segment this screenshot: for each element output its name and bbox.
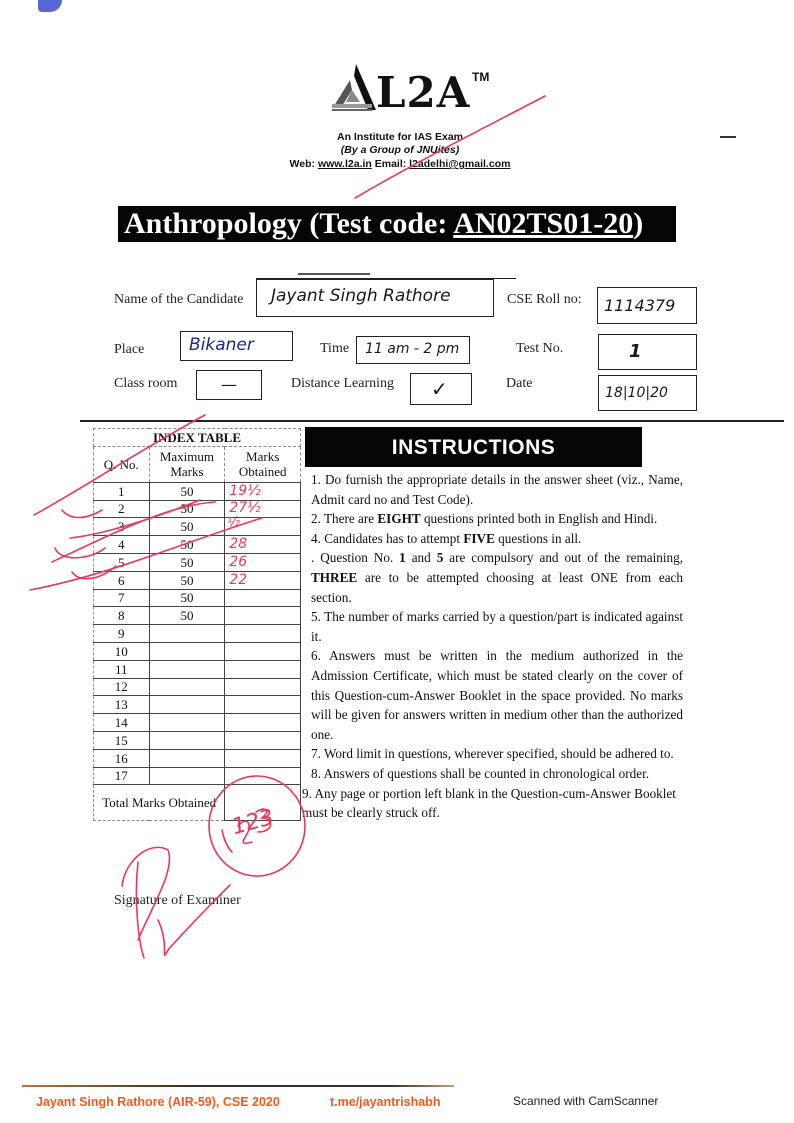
institute-logo: L2A TM: [330, 62, 530, 122]
table-row: 350: [94, 518, 301, 536]
total-marks-label: Total Marks Obtained: [94, 785, 225, 821]
table-row: 16: [94, 749, 301, 767]
marks-obtained[interactable]: [225, 518, 301, 536]
date-field[interactable]: 18|10|20: [598, 375, 697, 411]
max-marks: 50: [149, 571, 225, 589]
name-field[interactable]: Jayant Singh Rathore: [256, 279, 494, 317]
question-number: 7: [94, 589, 150, 607]
max-marks: [149, 625, 225, 643]
website-link[interactable]: www.l2a.in: [318, 158, 372, 170]
instruction-item: 5. The number of marks carried by a ques…: [311, 607, 683, 646]
roll-field[interactable]: 1114379: [597, 287, 697, 324]
footer-rule: [22, 1085, 454, 1087]
question-number: 5: [94, 553, 150, 571]
examiner-signature-label: Signature of Examiner: [114, 893, 241, 909]
name-value: Jayant Singh Rathore: [271, 286, 451, 306]
time-field[interactable]: 11 am - 2 pm: [356, 336, 470, 364]
classroom-value: —: [221, 375, 237, 394]
trademark: TM: [472, 70, 489, 84]
max-marks: 50: [149, 607, 225, 625]
place-value: Bikaner: [189, 335, 254, 355]
question-number: 2: [94, 500, 150, 518]
instructions-list: 1. Do furnish the appropriate details in…: [311, 470, 683, 823]
logo-text: L2A: [376, 68, 470, 117]
test-no-field[interactable]: 1: [598, 334, 697, 370]
instruction-item: 8. Answers of questions shall be counted…: [311, 764, 683, 784]
triangle-logo-icon: [330, 62, 378, 114]
section-divider: [80, 420, 784, 422]
scanner-watermark: Scanned with CamScanner: [513, 1094, 658, 1108]
marks-obtained[interactable]: 26: [225, 553, 301, 571]
max-marks: 50: [149, 553, 225, 571]
web-label: Web:: [290, 158, 315, 170]
marks-obtained[interactable]: 28: [225, 536, 301, 554]
instruction-item: . Question No. 1 and 5 are compulsory an…: [311, 548, 683, 607]
header-qno: Q. No.: [94, 446, 150, 482]
max-marks: [149, 767, 225, 785]
roll-value: 1114379: [604, 296, 675, 315]
date-label: Date: [506, 376, 532, 392]
table-row: 750: [94, 589, 301, 607]
time-label: Time: [320, 341, 349, 357]
max-marks: [149, 678, 225, 696]
decorative-rule: [298, 273, 370, 275]
instruction-item: 6. Answers must be written in the medium…: [311, 646, 683, 744]
instruction-item: 4. Candidates has to attempt FIVE questi…: [311, 529, 683, 549]
classroom-field[interactable]: —: [196, 370, 262, 400]
institute-tagline: An Institute for IAS Exam: [240, 131, 560, 143]
header-marks-obtained: Marks Obtained: [225, 446, 301, 482]
instruction-item: 9. Any page or portion left blank in the…: [302, 784, 683, 823]
question-number: 4: [94, 536, 150, 554]
question-number: 12: [94, 678, 150, 696]
test-code-suffix: ): [633, 207, 643, 240]
table-row: 10: [94, 642, 301, 660]
subject-name: Anthropology: [124, 207, 302, 240]
table-row: 17: [94, 767, 301, 785]
max-marks: 50: [149, 589, 225, 607]
table-row: 11: [94, 660, 301, 678]
max-marks: 50: [149, 482, 225, 500]
table-row: 25027½: [94, 500, 301, 518]
question-number: 6: [94, 571, 150, 589]
max-marks: 50: [149, 536, 225, 554]
table-row: 14: [94, 714, 301, 732]
marks-obtained[interactable]: 22: [225, 571, 301, 589]
marks-obtained[interactable]: [225, 714, 301, 732]
marks-obtained[interactable]: [225, 678, 301, 696]
test-code-prefix: (Test code:: [302, 207, 453, 240]
question-number: 14: [94, 714, 150, 732]
classroom-label: Class room: [114, 376, 177, 392]
instruction-item: 7. Word limit in questions, wherever spe…: [311, 744, 683, 764]
marks-obtained[interactable]: 27½: [225, 500, 301, 518]
date-value: 18|10|20: [605, 385, 668, 401]
max-marks: [149, 642, 225, 660]
place-field[interactable]: Bikaner: [180, 331, 293, 361]
question-number: 11: [94, 660, 150, 678]
table-row: 850: [94, 607, 301, 625]
question-number: 1: [94, 482, 150, 500]
marks-obtained[interactable]: [225, 589, 301, 607]
table-row: 65022: [94, 571, 301, 589]
marks-obtained[interactable]: [225, 696, 301, 714]
max-marks: [149, 731, 225, 749]
email-link[interactable]: l2adelhi@gmail.com: [409, 158, 510, 170]
instructions-heading: INSTRUCTIONS: [305, 427, 642, 467]
instruction-item: 2. There are EIGHT questions printed bot…: [311, 509, 683, 529]
institute-contact: Web: www.l2a.in Email: l2adelhi@gmail.co…: [240, 158, 560, 170]
question-number: 17: [94, 767, 150, 785]
marks-obtained[interactable]: [225, 660, 301, 678]
marks-obtained[interactable]: [225, 749, 301, 767]
question-number: 16: [94, 749, 150, 767]
question-number: 10: [94, 642, 150, 660]
roll-label: CSE Roll no:: [507, 292, 582, 308]
max-marks: [149, 696, 225, 714]
marks-obtained[interactable]: [225, 767, 301, 785]
marks-obtained[interactable]: [225, 625, 301, 643]
index-table-caption: INDEX TABLE: [94, 429, 301, 447]
checkmark-icon: ✓: [431, 377, 448, 401]
scan-ink-blot: [38, 0, 62, 12]
footer-telegram-link[interactable]: t.me/jayantrishabh: [330, 1095, 440, 1109]
table-row: 45028: [94, 536, 301, 554]
header-max-marks: Maximum Marks: [149, 446, 225, 482]
email-label: Email:: [375, 158, 407, 170]
table-row: 15: [94, 731, 301, 749]
distance-learning-label: Distance Learning: [291, 376, 394, 392]
question-number: 9: [94, 625, 150, 643]
table-row: 15019½: [94, 482, 301, 500]
table-row: 9: [94, 625, 301, 643]
test-title: Anthropology (Test code: AN02TS01-20): [118, 206, 676, 242]
max-marks: [149, 714, 225, 732]
question-number: 15: [94, 731, 150, 749]
marks-obtained[interactable]: [225, 642, 301, 660]
max-marks: 50: [149, 518, 225, 536]
test-no-label: Test No.: [516, 341, 563, 357]
marks-obtained[interactable]: [225, 731, 301, 749]
table-row: 13: [94, 696, 301, 714]
question-number: 3: [94, 518, 150, 536]
table-row: 12: [94, 678, 301, 696]
test-no-value: 1: [629, 341, 642, 362]
max-marks: [149, 660, 225, 678]
footer-author: Jayant Singh Rathore (AIR-59), CSE 2020: [36, 1095, 280, 1109]
place-label: Place: [114, 342, 144, 358]
test-code: AN02TS01-20: [453, 207, 633, 240]
question-number: 8: [94, 607, 150, 625]
table-row: 55026: [94, 553, 301, 571]
marks-obtained[interactable]: [225, 607, 301, 625]
question-number: 13: [94, 696, 150, 714]
instruction-item: 1. Do furnish the appropriate details in…: [311, 470, 683, 509]
marks-obtained[interactable]: 19½: [225, 482, 301, 500]
distance-learning-checkbox[interactable]: ✓: [410, 373, 472, 405]
time-value: 11 am - 2 pm: [365, 341, 459, 357]
max-marks: 50: [149, 500, 225, 518]
name-label: Name of the Candidate: [114, 292, 243, 308]
scan-mark: [720, 136, 736, 138]
index-table: INDEX TABLE Q. No. Maximum Marks Marks O…: [93, 428, 301, 821]
max-marks: [149, 749, 225, 767]
institute-group: (By a Group of JNUites): [240, 144, 560, 156]
